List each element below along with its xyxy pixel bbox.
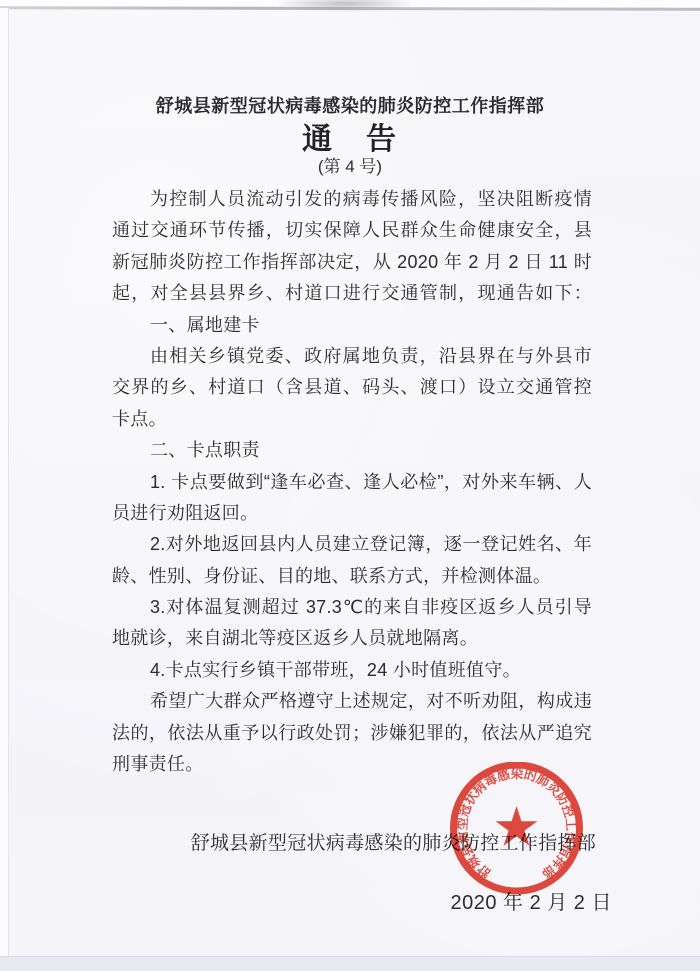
body-line: 起，对全县县界乡、村道口进行交通管制，现通告如下： (112, 278, 592, 309)
body-line: 3.对体温复测超过 37.3℃的来自非疫区返乡人员引导就 (112, 592, 592, 623)
section-heading: 一、属地建卡 (112, 310, 592, 341)
body-line: 员进行劝阻返回。 (112, 498, 592, 529)
body-line: 由相关乡镇党委、政府属地负责，沿县界在与外县市 (112, 341, 592, 372)
body-line: 龄、性别、身份证、目的地、联系方式，并检测体温。 (112, 561, 592, 592)
body-line: 1. 卡点要做到“逢车必查、逢人必检”，对外来车辆、人 (112, 467, 592, 498)
scan-bottom-edge (0, 956, 700, 971)
star-icon (496, 806, 538, 846)
body-line: 法的，依法从重予以行政处罚；涉嫌犯罪的，依法从严追究 (112, 718, 592, 749)
scanned-notice-page: 舒城县新型冠状病毒感染的肺炎防控工作指挥部 通 告 (第 4 号) 为控制人员流… (0, 0, 700, 971)
body-line: 通过交通环节传播，切实保障人民群众生命健康安全，县 (112, 215, 592, 246)
body-line: 2.对外地返回县内人员建立登记簿，逐一登记姓名、年 (112, 529, 592, 560)
notice-number: (第 4 号) (0, 152, 700, 177)
body-line: 卡点。 (112, 404, 592, 435)
notice-body: 为控制人员流动引发的病毒传播风险，坚决阻断疫情 通过交通环节传播，切实保障人民群… (112, 184, 592, 780)
body-line: 希望广大群众严格遵守上述规定，对不听劝阻，构成违 (112, 686, 592, 717)
body-line: 4.卡点实行乡镇干部带班，24 小时值班值守。 (112, 655, 592, 686)
scan-smudge-mark (278, 0, 412, 11)
body-line: 新冠肺炎防控工作指挥部决定，从 2020 年 2 月 2 日 11 时 (112, 247, 592, 278)
body-line: 交界的乡、村道口（含县道、码头、渡口）设立交通管控 (112, 372, 592, 403)
section-heading: 二、卡点职责 (112, 435, 592, 466)
body-line: 为控制人员流动引发的病毒传播风险，坚决阻断疫情 (112, 184, 592, 215)
body-line: 地就诊，来自湖北等疫区返乡人员就地隔离。 (112, 623, 592, 654)
official-seal: 舒城县新型冠状病毒感染的肺炎防控工作指挥部 (443, 762, 590, 896)
